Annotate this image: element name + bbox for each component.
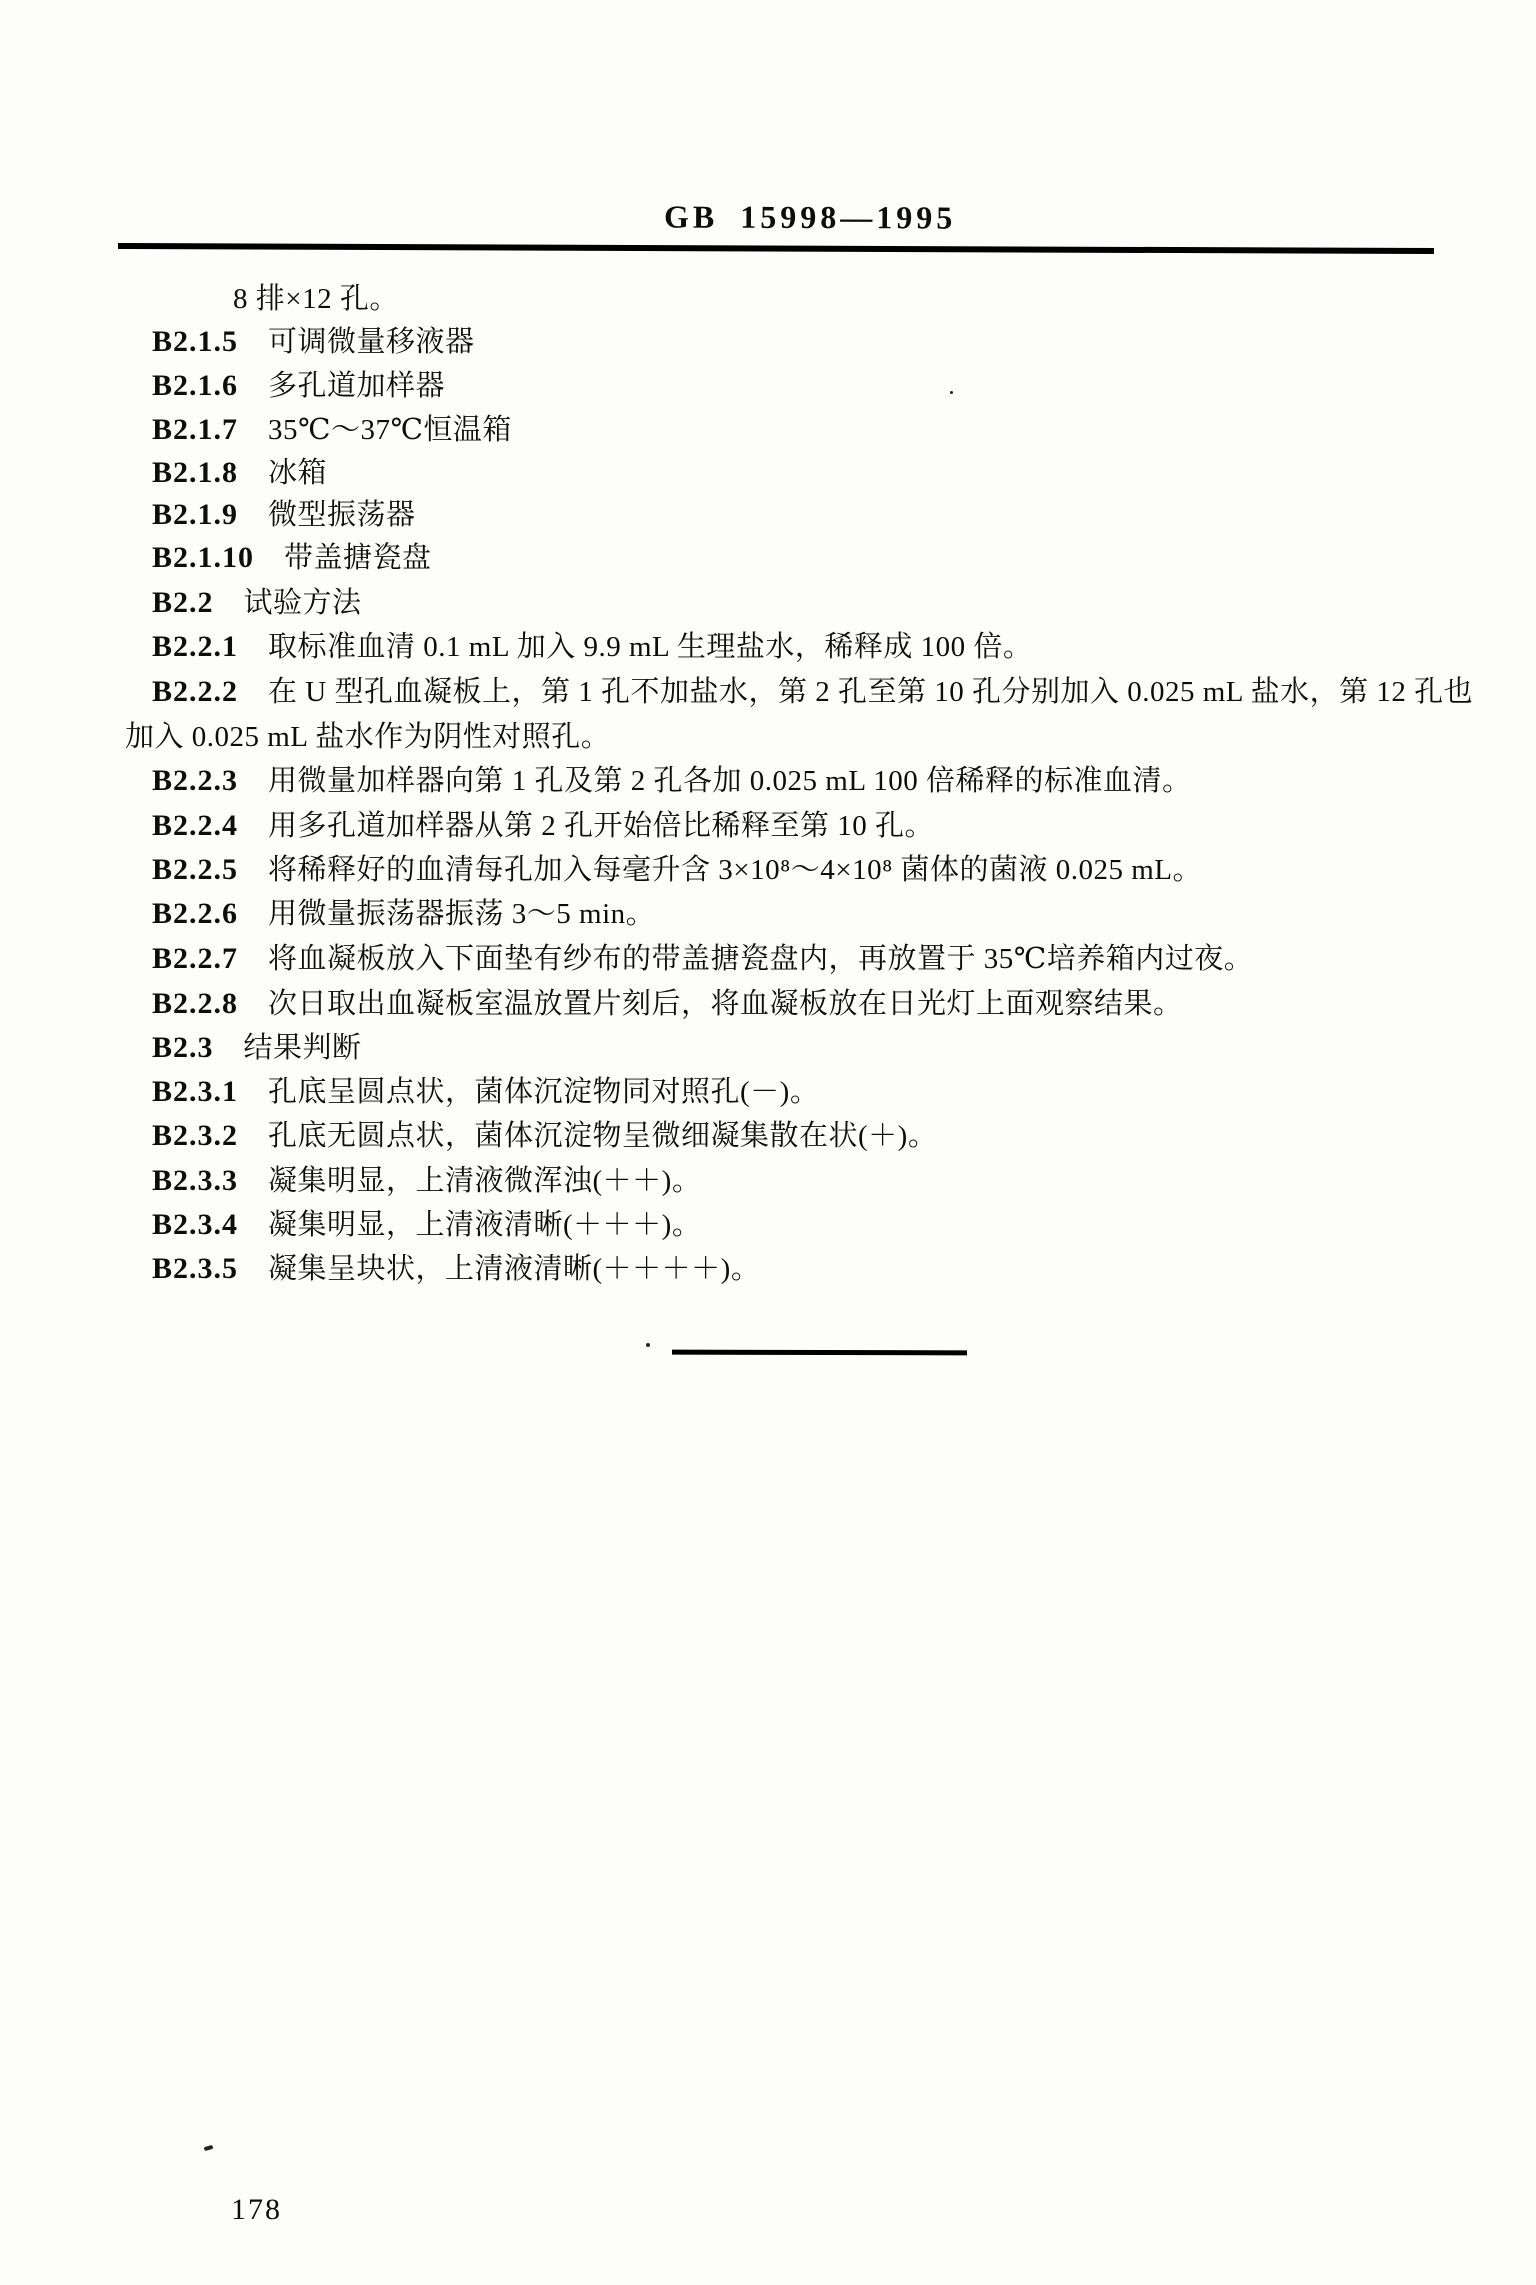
clause-number: B2.2.1: [152, 630, 238, 663]
clause-number: B2.1.8: [152, 456, 238, 489]
clause-line: B2.2.8次日取出血凝板室温放置片刻后，将血凝板放在日光灯上面观察结果。: [152, 986, 1183, 1022]
clause-line: B2.2.2在 U 型孔血凝板上，第 1 孔不加盐水，第 2 孔至第 10 孔分…: [152, 674, 1473, 710]
clause-text: 试验方法: [244, 587, 362, 619]
clause-line: B2.3.3凝集明显，上清液微浑浊(＋＋)。: [152, 1163, 701, 1199]
clause-text: 在 U 型孔血凝板上，第 1 孔不加盐水，第 2 孔至第 10 孔分别加入 0.…: [268, 676, 1473, 708]
clause-text: 冰箱: [268, 457, 327, 489]
clause-text: 可调微量移液器: [268, 326, 475, 358]
clause-text: 用微量加样器向第 1 孔及第 2 孔各加 0.025 mL 100 倍稀释的标准…: [268, 765, 1191, 797]
clause-line: B2.1.6多孔道加样器: [152, 368, 445, 404]
clause-number: B2.1.6: [152, 369, 238, 402]
clause-line: B2.1.8冰箱: [152, 455, 327, 491]
clause-number: B2.3.2: [152, 1119, 238, 1152]
clause-text: 孔底呈圆点状，菌体沉淀物同对照孔(－)。: [268, 1076, 819, 1108]
clause-number: B2.3: [152, 1031, 214, 1064]
clause-number: B2.2.8: [152, 987, 238, 1020]
scan-speck: [950, 391, 953, 394]
standard-number-header: GB 15998—1995: [664, 198, 956, 236]
clause-text: 将血凝板放入下面垫有纱布的带盖搪瓷盘内，再放置于 35℃培养箱内过夜。: [268, 943, 1253, 975]
clause-text: 凝集呈块状，上清液清晰(＋＋＋＋)。: [268, 1253, 760, 1285]
clause-number: B2.1.5: [152, 325, 238, 358]
clause-number: B2.3.3: [152, 1164, 238, 1197]
clause-line: B2.2.6用微量振荡器振荡 3～5 min。: [152, 896, 655, 932]
clause-text: 8 排×12 孔。: [233, 283, 399, 315]
clause-line: B2.3.2孔底无圆点状，菌体沉淀物呈微细凝集散在状(＋)。: [152, 1118, 937, 1154]
clause-line: B2.1.5可调微量移液器: [152, 324, 475, 360]
clause-number: B2.2.3: [152, 764, 238, 797]
clause-number: B2.2.7: [152, 942, 238, 975]
clause-line: B2.2.5将稀释好的血清每孔加入每毫升含 3×10⁸～4×10⁸ 菌体的菌液 …: [152, 852, 1202, 888]
clause-number: B2.2.2: [152, 675, 238, 708]
clause-line: B2.2.3用微量加样器向第 1 孔及第 2 孔各加 0.025 mL 100 …: [152, 763, 1191, 799]
clause-line: B2.2.4用多孔道加样器从第 2 孔开始倍比稀释至第 10 孔。: [152, 808, 934, 844]
page-number: 178: [231, 2193, 282, 2227]
header-rule: [118, 243, 1434, 254]
section-divider-rule: [672, 1350, 967, 1356]
clause-line: B2.1.735℃～37℃恒温箱: [152, 412, 512, 448]
clause-line: B2.2.7将血凝板放入下面垫有纱布的带盖搪瓷盘内，再放置于 35℃培养箱内过夜…: [152, 941, 1253, 977]
clause-text: 用多孔道加样器从第 2 孔开始倍比稀释至第 10 孔。: [268, 810, 934, 842]
scan-speck: [204, 2145, 214, 2151]
clause-number: B2.1.9: [152, 498, 238, 531]
clause-line: 8 排×12 孔。: [233, 281, 399, 317]
clause-text: 孔底无圆点状，菌体沉淀物呈微细凝集散在状(＋)。: [268, 1120, 937, 1152]
clause-line: B2.3结果判断: [152, 1030, 362, 1066]
clause-number: B2.2: [152, 586, 214, 619]
clause-line: B2.2.1取标准血清 0.1 mL 加入 9.9 mL 生理盐水，稀释成 10…: [152, 629, 1032, 665]
clause-text: 取标准血清 0.1 mL 加入 9.9 mL 生理盐水，稀释成 100 倍。: [268, 631, 1032, 663]
clause-text: 次日取出血凝板室温放置片刻后，将血凝板放在日光灯上面观察结果。: [268, 988, 1183, 1020]
clause-number: B2.1.7: [152, 413, 238, 446]
clause-line: B2.3.1孔底呈圆点状，菌体沉淀物同对照孔(－)。: [152, 1074, 819, 1110]
clause-text: 带盖搪瓷盘: [284, 542, 432, 574]
clause-text: 微型振荡器: [268, 499, 416, 531]
clause-number: B2.3.1: [152, 1075, 238, 1108]
clause-text: 将稀释好的血清每孔加入每毫升含 3×10⁸～4×10⁸ 菌体的菌液 0.025 …: [268, 854, 1202, 886]
clause-text: 凝集明显，上清液清晰(＋＋＋)。: [268, 1209, 701, 1241]
clause-number: B2.2.5: [152, 853, 238, 886]
clause-line: B2.2试验方法: [152, 585, 362, 621]
clause-line: B2.3.4凝集明显，上清液清晰(＋＋＋)。: [152, 1207, 701, 1243]
clause-text: 用微量振荡器振荡 3～5 min。: [268, 898, 655, 930]
clause-number: B2.2.6: [152, 897, 238, 930]
clause-number: B2.2.4: [152, 809, 238, 842]
clause-line: B2.1.10带盖搪瓷盘: [152, 540, 432, 576]
clause-text: 凝集明显，上清液微浑浊(＋＋)。: [268, 1165, 701, 1197]
document-page: GB 15998—1995 8 排×12 孔。 B2.1.5可调微量移液器 B2…: [0, 0, 1536, 2285]
clause-line: B2.1.9微型振荡器: [152, 497, 416, 533]
clause-line-continuation: 加入 0.025 mL 盐水作为阴性对照孔。: [125, 719, 610, 755]
clause-text: 加入 0.025 mL 盐水作为阴性对照孔。: [125, 721, 610, 753]
clause-line: B2.3.5凝集呈块状，上清液清晰(＋＋＋＋)。: [152, 1251, 760, 1287]
clause-text: 结果判断: [244, 1032, 362, 1064]
clause-text: 35℃～37℃恒温箱: [268, 414, 512, 446]
clause-text: 多孔道加样器: [268, 370, 445, 402]
clause-number: B2.3.5: [152, 1252, 238, 1285]
scan-speck: [646, 1343, 650, 1347]
clause-number: B2.1.10: [152, 541, 254, 574]
clause-number: B2.3.4: [152, 1208, 238, 1241]
